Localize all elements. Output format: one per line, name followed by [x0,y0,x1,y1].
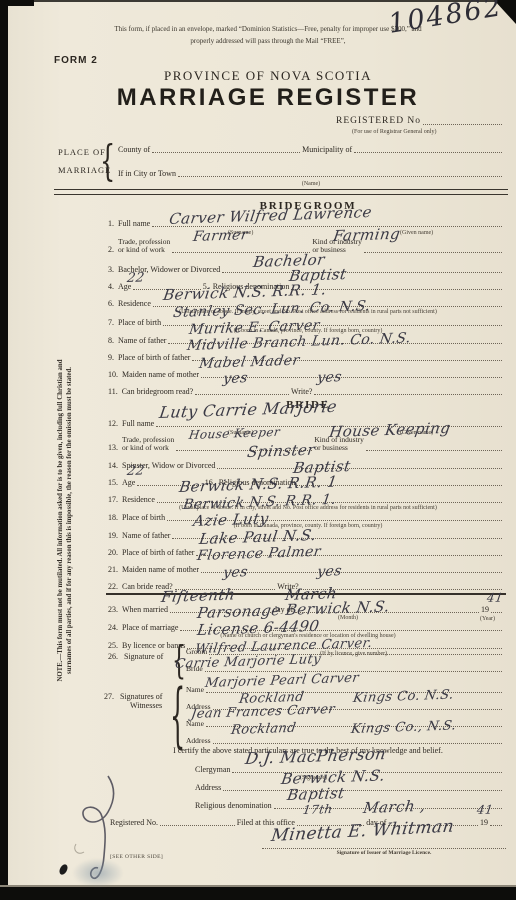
groom-fullname-label: Full name [118,219,150,228]
row-number: 7. [108,318,114,327]
ink-speck [58,863,69,876]
witnesses-label-line2: Witnesses [130,701,162,710]
groom-mother-row: 10. Maiden name of mother [108,363,504,379]
groom-trade-value: Farmer [192,227,249,245]
row-number: 26. [108,652,118,661]
row-number: 20. [108,548,118,557]
year-prefix: 19 [481,605,489,614]
issuer-note: Signature of Issuer of Marriage Licence. [262,850,506,856]
row-number: 8. [108,336,114,345]
row-number: 25. [108,641,118,650]
groom-industry-value: Farming [332,225,402,245]
bride-father-birthplace-label: Place of birth of father [122,548,194,557]
municipality-label: Municipality of [302,145,352,154]
form-number: FORM 2 [54,55,98,66]
row-number: 14. [108,461,118,470]
groom-literacy-row: 11. Can bridegroom read? Write? [108,380,504,396]
dotted-leader [152,151,300,153]
bride-age-label: Age [122,478,135,487]
trade-label-bottom: or kind of work [118,246,170,254]
row-number: 17. [108,495,118,504]
bride-trade-label: Trade, profession or kind of work [122,436,174,452]
bride-birthplace-label: Place of birth [122,513,165,522]
row-number: 19. [108,531,118,540]
scan-corner-top-left [0,0,34,6]
row-number: 22. [108,582,118,591]
row-number: 6. [108,299,114,308]
dotted-leader [222,271,502,273]
row-number: 10. [108,370,118,379]
signature-of-label: Signature of [124,652,163,661]
witness2-address-value1: Rockland [230,721,297,738]
groom-birthplace-label: Place of birth [118,318,161,327]
registered-no-row: REGISTERED No [336,112,504,126]
bride-residence-label: Residence [122,495,155,504]
place-brace: { [100,137,115,185]
bride-father-label: Name of father [122,531,170,540]
groom-mother-label: Maiden name of mother [122,370,199,379]
row-number: 21. [108,565,118,574]
witness-address-label: Address [186,736,211,745]
dotted-leader [217,467,502,469]
witnesses-label-group: 27. Signatures of Witnesses [104,692,162,710]
dotted-leader [195,393,289,395]
dotted-leader [423,123,502,125]
row-number: 4. [108,282,114,291]
witnesses-brace: { [170,676,185,757]
margin-note-line2: surnames of all parties, and if for any … [65,293,74,748]
groom-read-value: yes [222,370,249,387]
clergyman-denomination-row: Religious denomination [195,794,504,810]
when-married-label: When married [122,605,168,614]
margin-note: NOTE.—This form must not be mutilated. A… [56,293,74,748]
row-number: 9. [108,353,114,362]
row-number: 3. [108,265,114,274]
dotted-leader [314,393,502,395]
bride-write-value: yes [316,563,343,580]
marriage-register-document: This form, if placed in an envelope, mar… [0,0,516,900]
groom-father-label: Name of father [118,336,166,345]
denomination-label: Religious denomination [195,801,272,810]
city-town-row: If in City or Town [118,164,504,178]
row-number: 2. [108,245,114,254]
bride-age-value: 22 [126,463,146,479]
clergyman-address-label: Address [195,783,221,792]
dotted-leader [178,175,502,177]
groom-read-label: Can bridegroom read? [122,387,194,396]
dotted-leader [354,151,502,153]
row-number: 23. [108,605,118,614]
clergyman-label: Clergyman [195,765,230,774]
filed-year-value: 41 [476,802,494,817]
industry-label-bottom: or business [314,444,364,452]
signature-of-label-group: 26. Signature of [108,652,163,661]
margin-note-line1: NOTE.—This form must not be mutilated. A… [56,293,65,748]
bride-fullname-label: Full name [122,419,154,428]
groom-father-birthplace-label: Place of birth of father [118,353,190,362]
double-rule [54,189,508,195]
bride-read-value: yes [222,564,249,581]
row-number: 18. [108,513,118,522]
registered-no-label: REGISTERED No [336,117,421,126]
row-number: 1. [108,219,114,228]
dotted-leader [364,251,502,253]
trade-label-bottom: or kind of work [122,444,174,452]
registrar-note: (For use of Registrar General only) [352,129,436,135]
witnesses-label-line1: Signatures of [120,692,162,701]
city-town-label: If in City or Town [118,169,176,178]
dotted-leader [491,611,502,613]
groom-write-value: yes [316,369,343,386]
dotted-leader [213,742,502,744]
county-row: County of Municipality of [118,140,504,154]
groom-write-label: Write? [291,387,312,396]
county-label: County of [118,145,150,154]
place-of-marriage-row-label: Place of marriage [122,623,178,632]
dotted-leader [223,789,502,791]
row-number: 27. [104,692,114,701]
name-note: (Name) [118,181,504,187]
bride-mother-label: Maiden name of mother [122,565,199,574]
row-number: 13. [108,443,118,452]
dotted-leader [160,824,235,826]
clergyman-denomination-value: Baptist [286,784,346,804]
row-number: 24. [108,623,118,632]
scan-edge-left [0,0,8,900]
province-heading: PROVINCE OF NOVA SCOTIA [40,68,496,84]
bride-father-value: Azie Luty [192,509,270,530]
row-number: 15. [108,478,118,487]
issuer-signature-line [262,847,506,849]
filed-day-value: 17th [302,802,334,817]
row-number: 11. [108,387,118,396]
document-title: MARRIAGE REGISTER [40,84,496,112]
row-number: 12. [108,419,118,428]
groom-trade-label: Trade, profession or kind of work [118,238,170,254]
witness-name-label: Name [186,685,204,694]
groom-age-value: 22 [126,270,146,286]
married-year-value: 41 [486,590,504,605]
groom-residence-label: Residence [118,299,151,308]
bride-mother-row: 21. Maiden name of mother [108,558,504,574]
filed-month-value: March , [362,797,427,817]
dotted-leader [490,824,502,826]
year-prefix: 19 [480,818,488,827]
dotted-leader [366,449,502,451]
